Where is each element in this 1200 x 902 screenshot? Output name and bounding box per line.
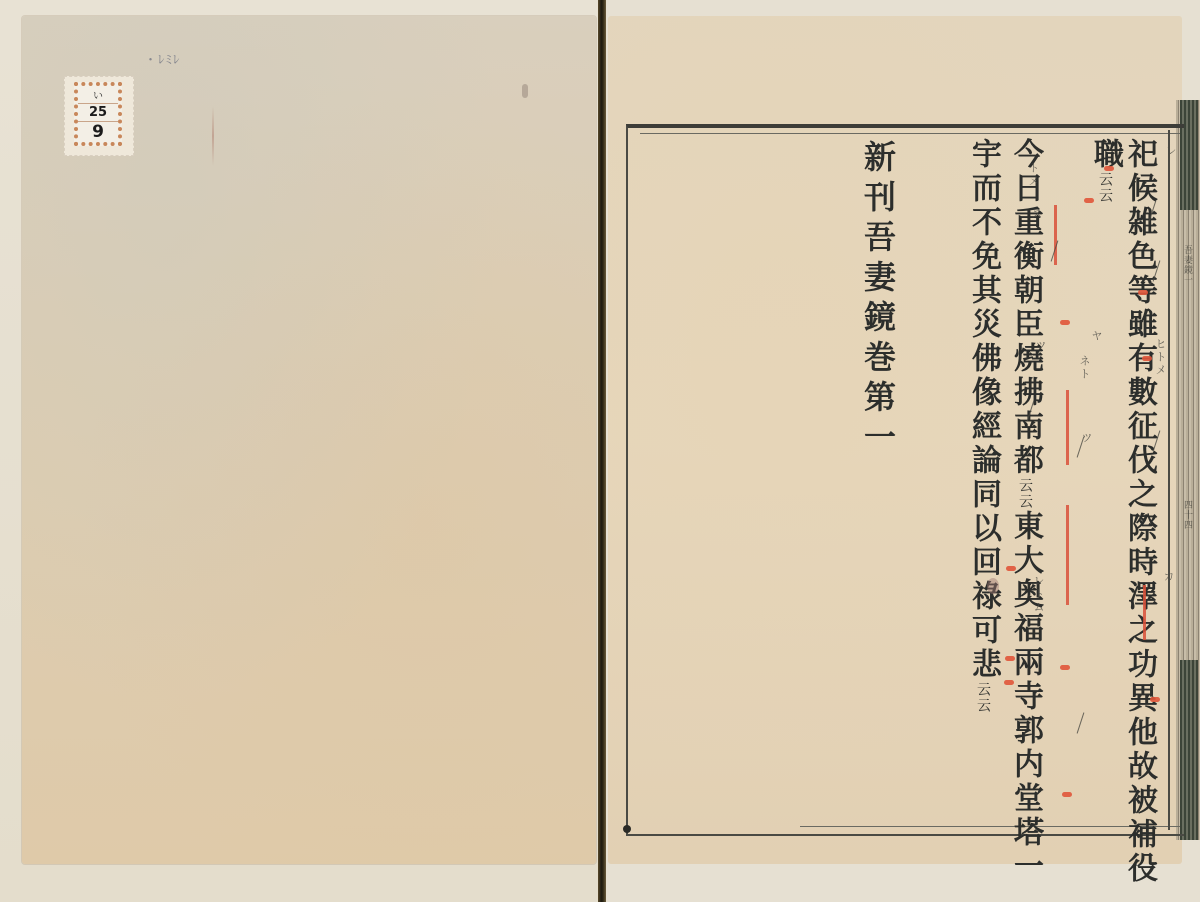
pencil-mark: ・ﾚﾐﾚ <box>144 49 181 68</box>
book-spread: ・ﾚﾐﾚ い 25 9 吾妻鏡一 四十四 新刊吾妻鏡巻第一 祀候雑色等雖有數征伐… <box>0 0 1200 902</box>
library-label-frame: い 25 9 <box>74 82 122 146</box>
kunten-annotation: カ <box>1160 570 1176 583</box>
red-punctuation-mark <box>1142 356 1152 361</box>
left-page: ・ﾚﾐﾚ い 25 9 <box>22 16 596 864</box>
small-note: 云云 <box>1017 478 1033 510</box>
column-3-text: 今日重衡朝臣燒拂南都 <box>1008 138 1043 478</box>
red-punctuation-mark <box>1004 680 1014 685</box>
kunten-annotation: トメ <box>1025 162 1041 188</box>
red-side-line <box>1054 205 1057 265</box>
print-frame-border <box>626 124 1184 836</box>
column-rule <box>1168 130 1170 830</box>
red-punctuation-mark <box>1104 166 1114 171</box>
kunten-annotation: ツ <box>1032 340 1048 353</box>
small-note: 云云 <box>1097 172 1113 204</box>
text-column-3: 今日重衡朝臣燒拂南都云云東大奥福兩寺郭内堂塔一 <box>1010 138 1040 884</box>
stain-mark <box>212 106 214 166</box>
print-frame-inner-rule <box>640 133 1180 134</box>
small-note: 云云 <box>975 682 991 714</box>
stain-mark <box>522 84 528 98</box>
label-row-1: い <box>78 86 118 104</box>
label-row-3: 9 <box>78 122 118 142</box>
red-punctuation-mark <box>1084 198 1094 203</box>
red-punctuation-mark <box>1060 665 1070 670</box>
volume-title: 新刊吾妻鏡巻第一 <box>862 140 894 460</box>
kunten-annotation: ス <box>1028 208 1044 221</box>
text-column-1: 祀候雑色等雖有數征伐之際時澤之功異他故被補役 <box>1124 138 1154 886</box>
red-punctuation-mark <box>1062 792 1072 797</box>
column-4-text: 宇而不免其災佛像經論同以回祿可悲 <box>966 138 1001 682</box>
kunten-annotation: レ <box>1162 145 1178 158</box>
kunten-annotation: ネト <box>1076 355 1092 381</box>
red-side-line <box>1066 505 1069 605</box>
library-label: い 25 9 <box>64 76 134 156</box>
kunten-annotation: ヒトメ <box>1152 338 1168 377</box>
red-side-line <box>1143 585 1146 640</box>
text-column-4: 宇而不免其災佛像經論同以回祿可悲云云 <box>968 138 998 714</box>
kunten-annotation: レトム <box>1030 575 1046 614</box>
red-side-line <box>1066 390 1069 465</box>
red-punctuation-mark <box>1060 320 1070 325</box>
red-punctuation-mark <box>1006 566 1016 571</box>
text-column-2: 職云云 <box>1090 138 1120 204</box>
stain-mark <box>987 578 999 594</box>
book-gutter <box>598 0 606 902</box>
red-punctuation-mark <box>1005 656 1015 661</box>
label-row-2: 25 <box>78 104 118 122</box>
frame-corner-dot <box>623 825 631 833</box>
kunten-annotation: ヤ <box>1088 330 1104 343</box>
red-punctuation-mark <box>1150 697 1160 702</box>
red-punctuation-mark <box>1138 290 1148 295</box>
